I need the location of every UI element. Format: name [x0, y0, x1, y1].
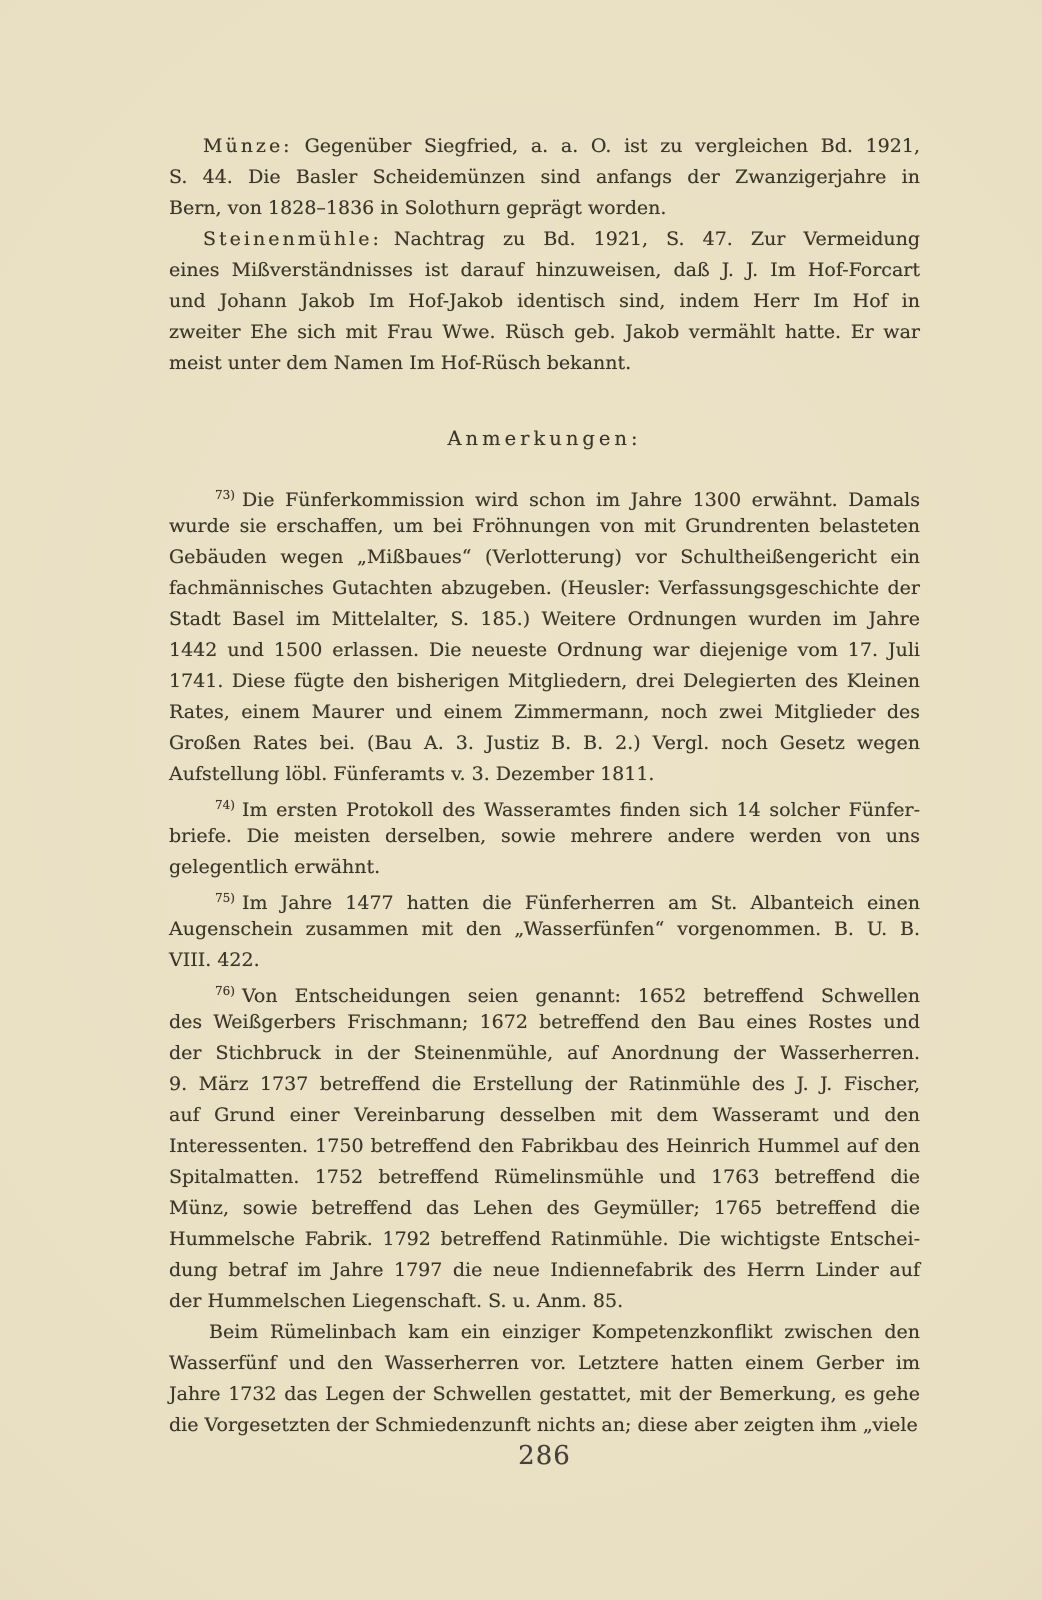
text-line: zweiter Ehe sich mit Frau Wwe. Rüsch geb…: [169, 317, 920, 348]
text-line: Steinenmühle:Nachtrag zu Bd. 1921, S. 47…: [169, 224, 920, 255]
footnote-first-line: 76)Von Entscheidungen seien genannt: 165…: [169, 976, 920, 1007]
text-line: Hummelsche Fabrik. 1792 betreffend Ratin…: [169, 1224, 920, 1255]
line-text: Im ersten Protokoll des Wasseramtes find…: [242, 799, 920, 821]
footnote-marker: 76): [215, 984, 235, 998]
footnote-first-line: 75)Im Jahre 1477 hatten die Fünferherren…: [169, 883, 920, 914]
text-line: VIII. 422.: [169, 945, 920, 976]
text-line: Bern, von 1828–1836 in Solothurn geprägt…: [169, 193, 920, 224]
text-line: dung betraf im Jahre 1797 die neue Indie…: [169, 1255, 920, 1286]
text-line: Aufstellung löbl. Fünferamts v. 3. Dezem…: [169, 759, 920, 790]
text-line: Beim Rümelinbach kam ein einziger Kompet…: [169, 1317, 920, 1348]
text-line: 1442 und 1500 erlassen. Die neueste Ordn…: [169, 635, 920, 666]
line-text: Gegenüber Siegfried, a. a. O. ist zu ver…: [305, 135, 920, 157]
text-line: Wasserfünf und den Wasserherren vor. Let…: [169, 1348, 920, 1379]
text-line: Stadt Basel im Mittelalter, S. 185.) Wei…: [169, 604, 920, 635]
text-line: 9. März 1737 betreffend die Erstellung d…: [169, 1069, 920, 1100]
text-line: Münze:Gegenüber Siegfried, a. a. O. ist …: [169, 131, 920, 162]
text-line: die Vorgesetzten der Schmiedenzunft nich…: [169, 1410, 920, 1441]
text-line: Gebäuden wegen „Mißbaues“ (Verlotterung)…: [169, 542, 920, 573]
footnote-first-line: 74)Im ersten Protokoll des Wasseramtes f…: [169, 790, 920, 821]
text-line: briefe. Die meisten derselben, sowie meh…: [169, 821, 920, 852]
line-text: Von Entscheidungen seien genannt: 1652 b…: [242, 985, 920, 1007]
text-line: S. 44. Die Basler Scheidemünzen sind anf…: [169, 162, 920, 193]
text-line: Großen Rates bei. (Bau A. 3. Justiz B. B…: [169, 728, 920, 759]
text-line: auf Grund einer Vereinbarung desselben m…: [169, 1100, 920, 1131]
text-line: der Hummelschen Liegenschaft. S. u. Anm.…: [169, 1286, 920, 1317]
line-text: Im Jahre 1477 hatten die Fünferherren am…: [242, 892, 920, 914]
text-line: eines Mißverständnisses ist darauf hinzu…: [169, 255, 920, 286]
text-line: 1741. Diese fügte den bisherigen Mitglie…: [169, 666, 920, 697]
page-number: 286: [169, 1441, 920, 1471]
paragraph-lead: Steinenmühle:: [203, 228, 382, 250]
footnote-marker: 73): [215, 488, 235, 502]
text-line: Münz, sowie betreffend das Lehen des Gey…: [169, 1193, 920, 1224]
footnote-marker: 75): [215, 891, 235, 905]
scanned-book-page: Münze:Gegenüber Siegfried, a. a. O. ist …: [0, 0, 1042, 1600]
text-line: Jahre 1732 das Legen der Schwellen gesta…: [169, 1379, 920, 1410]
text-line: der Stichbruck in der Steinenmühle, auf …: [169, 1038, 920, 1069]
line-text: Die Fünferkommission wird schon im Jahre…: [242, 489, 920, 511]
text-line: meist unter dem Namen Im Hof-Rüsch bekan…: [169, 348, 920, 379]
text-line: wurde sie erschaffen, um bei Fröhnungen …: [169, 511, 920, 542]
text-line: Rates, einem Maurer und einem Zimmermann…: [169, 697, 920, 728]
text-line: gelegentlich erwähnt.: [169, 852, 920, 883]
footnote-marker: 74): [215, 798, 235, 812]
text-line: und Johann Jakob Im Hof-Jakob identisch …: [169, 286, 920, 317]
footnote-first-line: 73)Die Fünferkommission wird schon im Ja…: [169, 480, 920, 511]
text-block: Münze:Gegenüber Siegfried, a. a. O. ist …: [169, 131, 920, 1441]
paragraph-lead: Münze:: [203, 135, 293, 157]
line-text: Nachtrag zu Bd. 1921, S. 47. Zur Vermeid…: [394, 228, 920, 250]
section-heading: Anmerkungen:: [169, 423, 920, 454]
text-line: fachmännisches Gutachten abzugeben. (Heu…: [169, 573, 920, 604]
text-line: Spitalmatten. 1752 betreffend Rümelinsmü…: [169, 1162, 920, 1193]
text-line: des Weißgerbers Frischmann; 1672 betreff…: [169, 1007, 920, 1038]
text-line: Augenschein zusammen mit den „Wasserfünf…: [169, 914, 920, 945]
text-line: Interessenten. 1750 betreffend den Fabri…: [169, 1131, 920, 1162]
